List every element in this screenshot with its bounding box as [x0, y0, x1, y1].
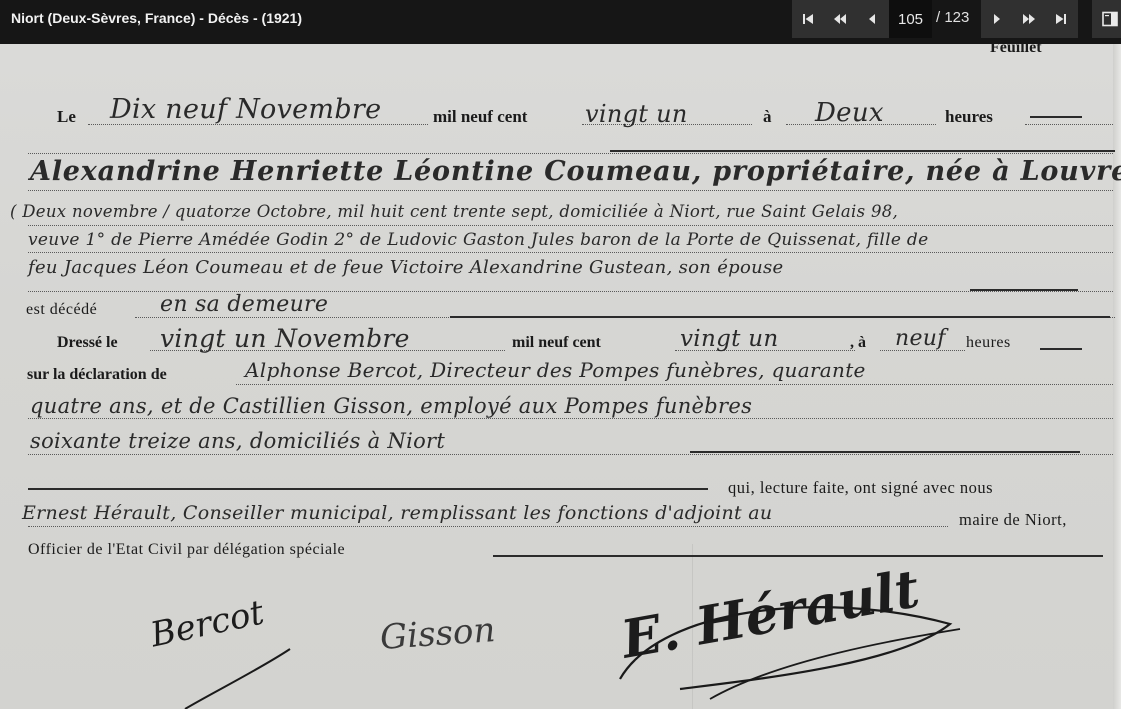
- dotted-rule: [236, 384, 1113, 385]
- handwritten-officer: Ernest Hérault, Conseiller municipal, re…: [22, 502, 772, 524]
- rewind-button[interactable]: [824, 0, 856, 38]
- signature-flourish: [600, 569, 1000, 709]
- handwritten-declarant-3: soixante treize ans, domiciliés à Niort: [30, 429, 445, 453]
- nav-group-forward: [981, 0, 1078, 38]
- next-page-button[interactable]: [981, 0, 1013, 38]
- handwritten-hour: Deux: [815, 98, 884, 128]
- label-est-decede: est décédé: [26, 301, 97, 319]
- solid-rule: [1040, 348, 1082, 350]
- label-lecture-faite: qui, lecture faite, ont signé avec nous: [728, 478, 993, 498]
- scan-edge: [1113, 44, 1121, 709]
- signature-gisson: Gisson: [379, 610, 497, 658]
- solid-rule: [610, 150, 1115, 152]
- dotted-rule: [28, 153, 1113, 154]
- label-le: Le: [57, 107, 76, 127]
- label-dresse-le: Dressé le: [57, 334, 118, 352]
- signature-bercot-flourish: [140, 644, 320, 709]
- handwritten-parents: feu Jacques Léon Coumeau et de feue Vict…: [28, 257, 784, 278]
- chevron-right-icon: [991, 13, 1003, 25]
- dotted-rule: [1025, 124, 1113, 125]
- feuillet-label: Feuillet: [990, 44, 1042, 57]
- handwritten-death-place: en sa demeure: [160, 292, 328, 317]
- solid-rule: [1030, 116, 1082, 118]
- viewer-toolbar: Niort (Deux-Sèvres, France) - Décès - (1…: [0, 0, 1121, 44]
- handwritten-deceased-name: Alexandrine Henriette Léontine Coumeau, …: [30, 156, 1121, 187]
- solid-rule: [450, 316, 1110, 318]
- label-heures-2: heures: [966, 334, 1011, 352]
- rewind-icon: [834, 13, 846, 25]
- fast-forward-icon: [1023, 13, 1035, 25]
- dotted-rule: [28, 190, 1113, 191]
- last-page-button[interactable]: [1045, 0, 1077, 38]
- skip-first-icon: [802, 13, 814, 25]
- dotted-rule: [28, 526, 948, 527]
- label-maire-de-niort: maire de Niort,: [959, 510, 1067, 530]
- document-title: Niort (Deux-Sèvres, France) - Décès - (1…: [11, 0, 302, 36]
- label-officier-etat-civil: Officier de l'Etat Civil par délégation …: [28, 541, 345, 559]
- handwritten-day: Dix neuf Novembre: [110, 94, 381, 125]
- handwritten-record-date: vingt un Novembre: [160, 324, 410, 353]
- dotted-rule: [28, 418, 1113, 419]
- page-total: / 123: [932, 0, 981, 38]
- dotted-rule: [28, 252, 1113, 253]
- dotted-rule: [28, 454, 1113, 455]
- dotted-rule: [28, 225, 1113, 226]
- handwritten-declarant-2: quatre ans, et de Castillien Gisson, emp…: [30, 394, 752, 418]
- nav-group-back: [792, 0, 889, 38]
- handwritten-birth-residence: ( Deux novembre / quatorze Octobre, mil …: [10, 202, 898, 221]
- label-mil-neuf-cent: mil neuf cent: [433, 107, 527, 127]
- label-heures: heures: [945, 107, 993, 127]
- handwritten-declarant: Alphonse Bercot, Directeur des Pompes fu…: [245, 358, 866, 382]
- label-mil-neuf-cent-2: mil neuf cent: [512, 334, 601, 352]
- page-number-input[interactable]: [889, 0, 932, 38]
- solid-rule: [28, 488, 708, 490]
- document-image-viewer[interactable]: Feuillet Le Dix neuf Novembre mil neuf c…: [0, 44, 1121, 709]
- previous-page-button[interactable]: [856, 0, 888, 38]
- side-panel-icon: [1102, 11, 1118, 27]
- handwritten-record-year: vingt un: [680, 326, 778, 352]
- label-a: à: [763, 107, 772, 127]
- handwritten-year: vingt un: [585, 100, 688, 128]
- label-sur-la-declaration: sur la déclaration de: [27, 366, 167, 384]
- first-page-button[interactable]: [792, 0, 824, 38]
- solid-rule: [493, 555, 1103, 557]
- chevron-left-icon: [866, 13, 878, 25]
- fast-forward-button[interactable]: [1013, 0, 1045, 38]
- toggle-panel-button[interactable]: [1092, 0, 1121, 38]
- label-a-2: , à: [850, 334, 866, 352]
- handwritten-record-hour: neuf: [895, 326, 946, 351]
- solid-rule: [690, 451, 1080, 453]
- handwritten-marital-status: veuve 1° de Pierre Amédée Godin 2° de Lu…: [28, 230, 928, 250]
- skip-last-icon: [1055, 13, 1067, 25]
